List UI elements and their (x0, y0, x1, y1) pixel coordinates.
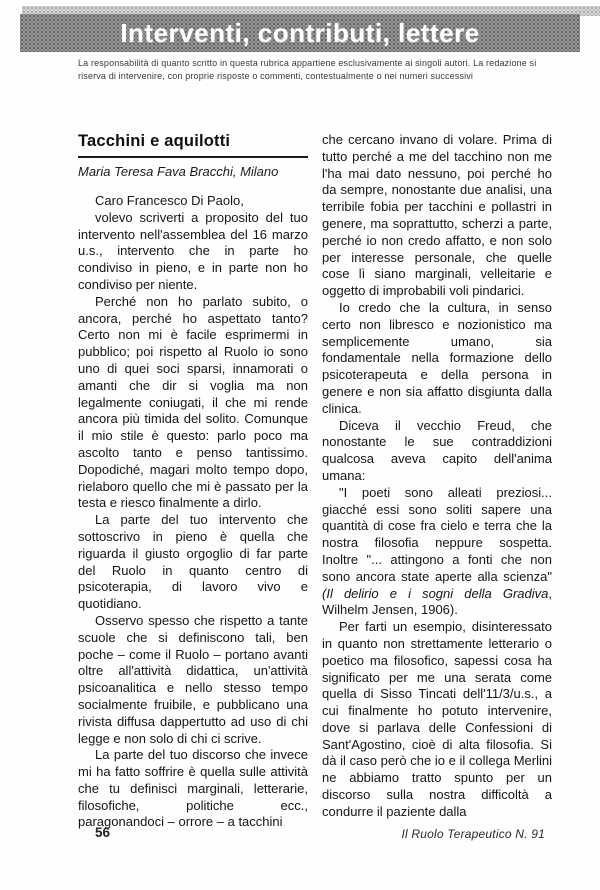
paragraph: La parte del tuo discorso che invece mi … (78, 747, 308, 831)
section-banner-title: Interventi, contributi, lettere (120, 18, 479, 49)
column-left: Tacchini e aquilotti Maria Teresa Fava B… (78, 132, 308, 831)
paragraph: volevo scriverti a proposito del tuo int… (78, 210, 308, 294)
body-text: "I poeti sono alleati preziosi... giacch… (322, 485, 552, 584)
column-right-paragraphs: che cercano invano di volare. Prima di t… (322, 132, 552, 821)
body-text: Perché non ho parlato subito, o ancora, … (78, 294, 308, 511)
paragraph: Per farti un esempio, disinteressato in … (322, 619, 552, 821)
article-author: Maria Teresa Fava Bracchi, Milano (78, 164, 308, 179)
scanned-magazine-page: { "banner": { "title": "Interventi, cont… (0, 0, 600, 890)
paragraph: Perché non ho parlato subito, o ancora, … (78, 294, 308, 512)
paragraph: "I poeti sono alleati preziosi... giacch… (322, 485, 552, 619)
paragraph: Diceva il vecchio Freud, che nonostante … (322, 418, 552, 485)
column-left-paragraphs: Caro Francesco Di Paolo,volevo scriverti… (78, 193, 308, 831)
body-text: che cercano invano di volare. Prima di t… (322, 132, 552, 298)
article-title: Tacchini e aquilotti (78, 132, 308, 151)
body-text: La parte del tuo intervento che sottoscr… (78, 512, 308, 611)
paragraph: Io credo che la cultura, in senso certo … (322, 300, 552, 418)
body-text: volevo scriverti a proposito del tuo int… (78, 210, 308, 292)
paragraph: La parte del tuo intervento che sottoscr… (78, 512, 308, 613)
journal-name: Il Ruolo Terapeutico N. 91 (401, 827, 545, 841)
body-text: Diceva il vecchio Freud, che nonostante … (322, 418, 552, 483)
title-rule (78, 156, 308, 158)
column-right: che cercano invano di volare. Prima di t… (322, 132, 552, 821)
italic-text: (Il delirio e i sogni della Gradiva (322, 586, 548, 601)
body-text: La parte del tuo discorso che invece mi … (78, 747, 308, 829)
rubric-disclaimer: La responsabilità di quanto scritto in q… (78, 57, 552, 82)
body-text: Caro Francesco Di Paolo, (95, 193, 244, 208)
paragraph: che cercano invano di volare. Prima di t… (322, 132, 552, 300)
body-text: Per farti un esempio, disinteressato in … (322, 619, 552, 819)
article: Tacchini e aquilotti Maria Teresa Fava B… (78, 132, 552, 831)
page-number: 56 (95, 825, 110, 840)
paragraph: Caro Francesco Di Paolo, (78, 193, 308, 210)
paragraph: Osservo spesso che rispetto a tante scuo… (78, 613, 308, 747)
section-banner: Interventi, contributi, lettere (20, 14, 580, 52)
body-text: Osservo spesso che rispetto a tante scuo… (78, 613, 308, 746)
body-text: Io credo che la cultura, in senso certo … (322, 300, 552, 416)
